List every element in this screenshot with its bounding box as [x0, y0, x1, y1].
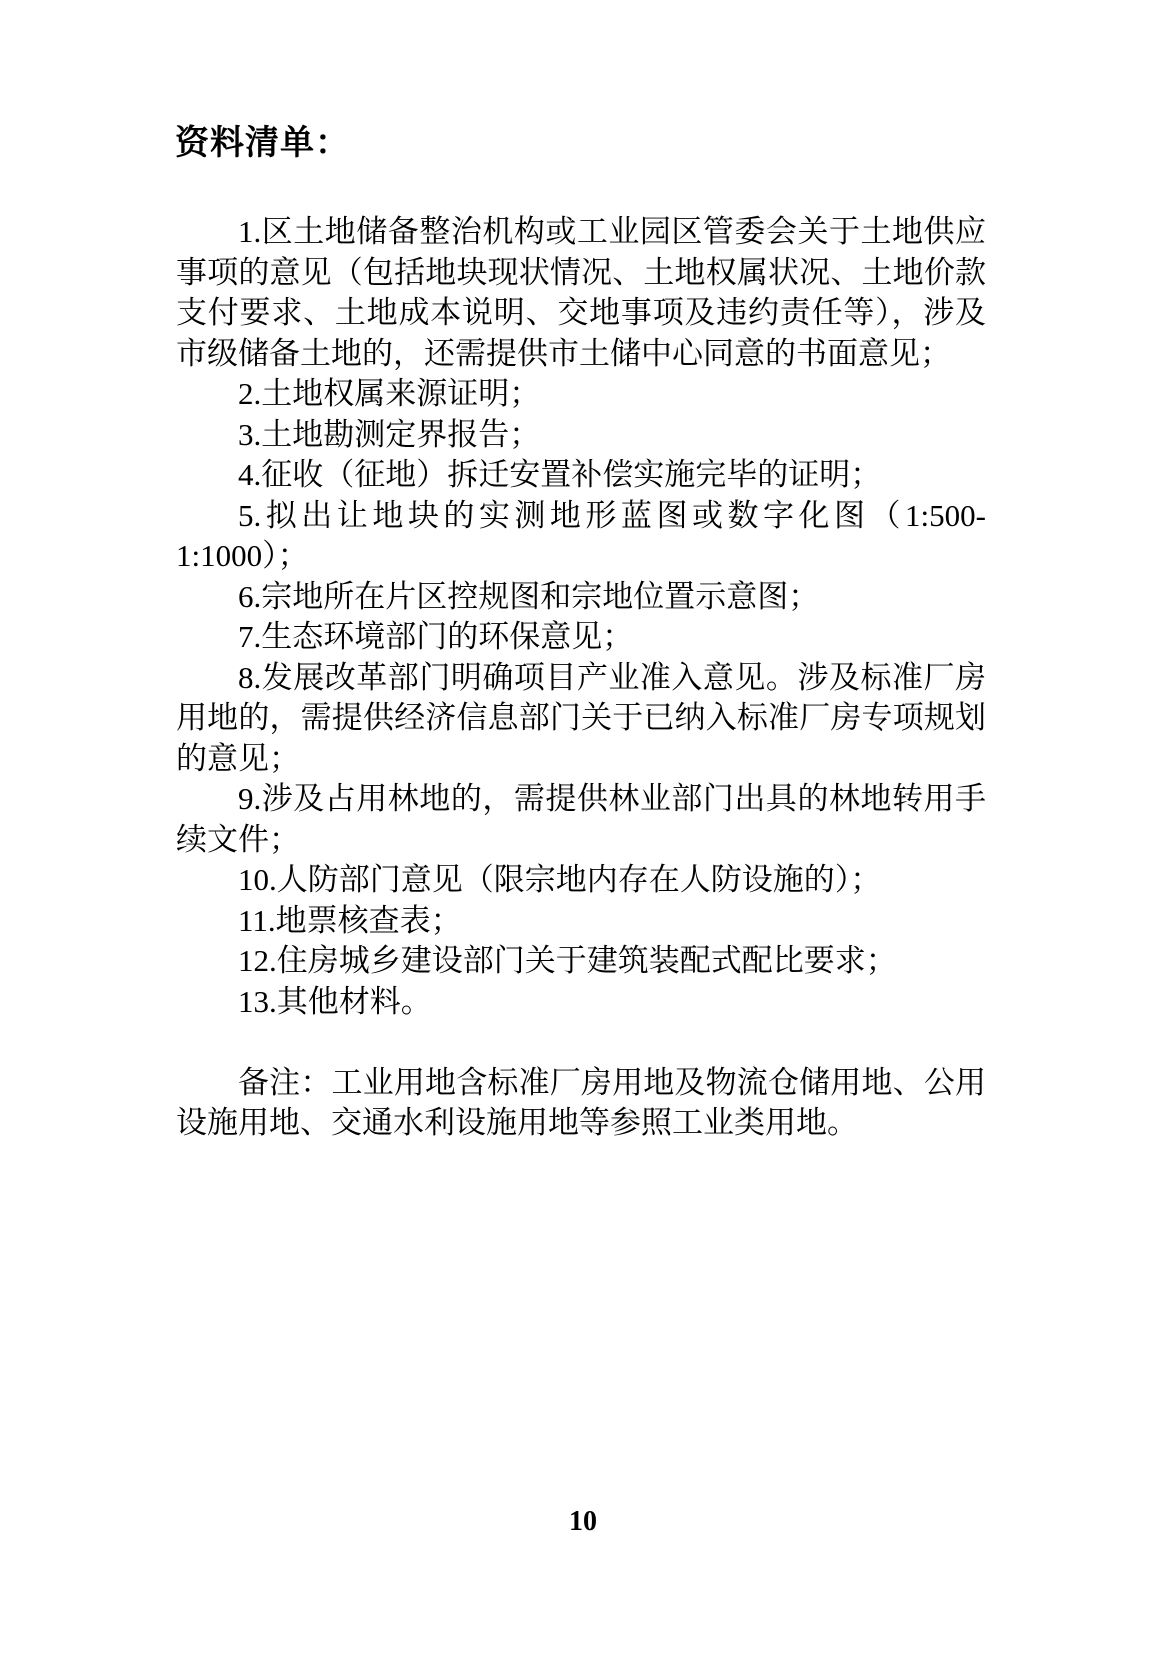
page-number: 10	[0, 1505, 1166, 1539]
list-item-7: 7.生态环境部门的环保意见；	[176, 617, 986, 658]
list-item-10: 10.人防部门意见（限宗地内存在人防设施的）；	[176, 860, 986, 901]
material-list: 1.区土地储备整治机构或工业园区管委会关于土地供应事项的意见（包括地块现状情况、…	[176, 212, 986, 1144]
list-item-6: 6.宗地所在片区控规图和宗地位置示意图；	[176, 577, 986, 618]
list-item-4: 4.征收（征地）拆迁安置补偿实施完毕的证明；	[176, 455, 986, 496]
list-item-9: 9.涉及占用林地的，需提供林业部门出具的林地转用手续文件；	[176, 779, 986, 860]
list-item-13: 13.其他材料。	[176, 982, 986, 1023]
list-item-8: 8.发展改革部门明确项目产业准入意见。涉及标准厂房用地的，需提供经济信息部门关于…	[176, 658, 986, 780]
list-item-11: 11.地票核查表；	[176, 901, 986, 942]
page-title: 资料清单：	[175, 121, 350, 165]
list-item-1: 1.区土地储备整治机构或工业园区管委会关于土地供应事项的意见（包括地块现状情况、…	[176, 212, 986, 374]
list-item-3: 3.土地勘测定界报告；	[176, 415, 986, 456]
list-item-2: 2.土地权属来源证明；	[176, 374, 986, 415]
note-paragraph: 备注：工业用地含标准厂房用地及物流仓储用地、公用设施用地、交通水利设施用地等参照…	[176, 1063, 986, 1144]
document-page: 资料清单： 1.区土地储备整治机构或工业园区管委会关于土地供应事项的意见（包括地…	[0, 0, 1166, 1654]
list-item-12: 12.住房城乡建设部门关于建筑装配式配比要求；	[176, 941, 986, 982]
list-item-5: 5.拟出让地块的实测地形蓝图或数字化图（1:500-1:1000）；	[176, 496, 986, 577]
